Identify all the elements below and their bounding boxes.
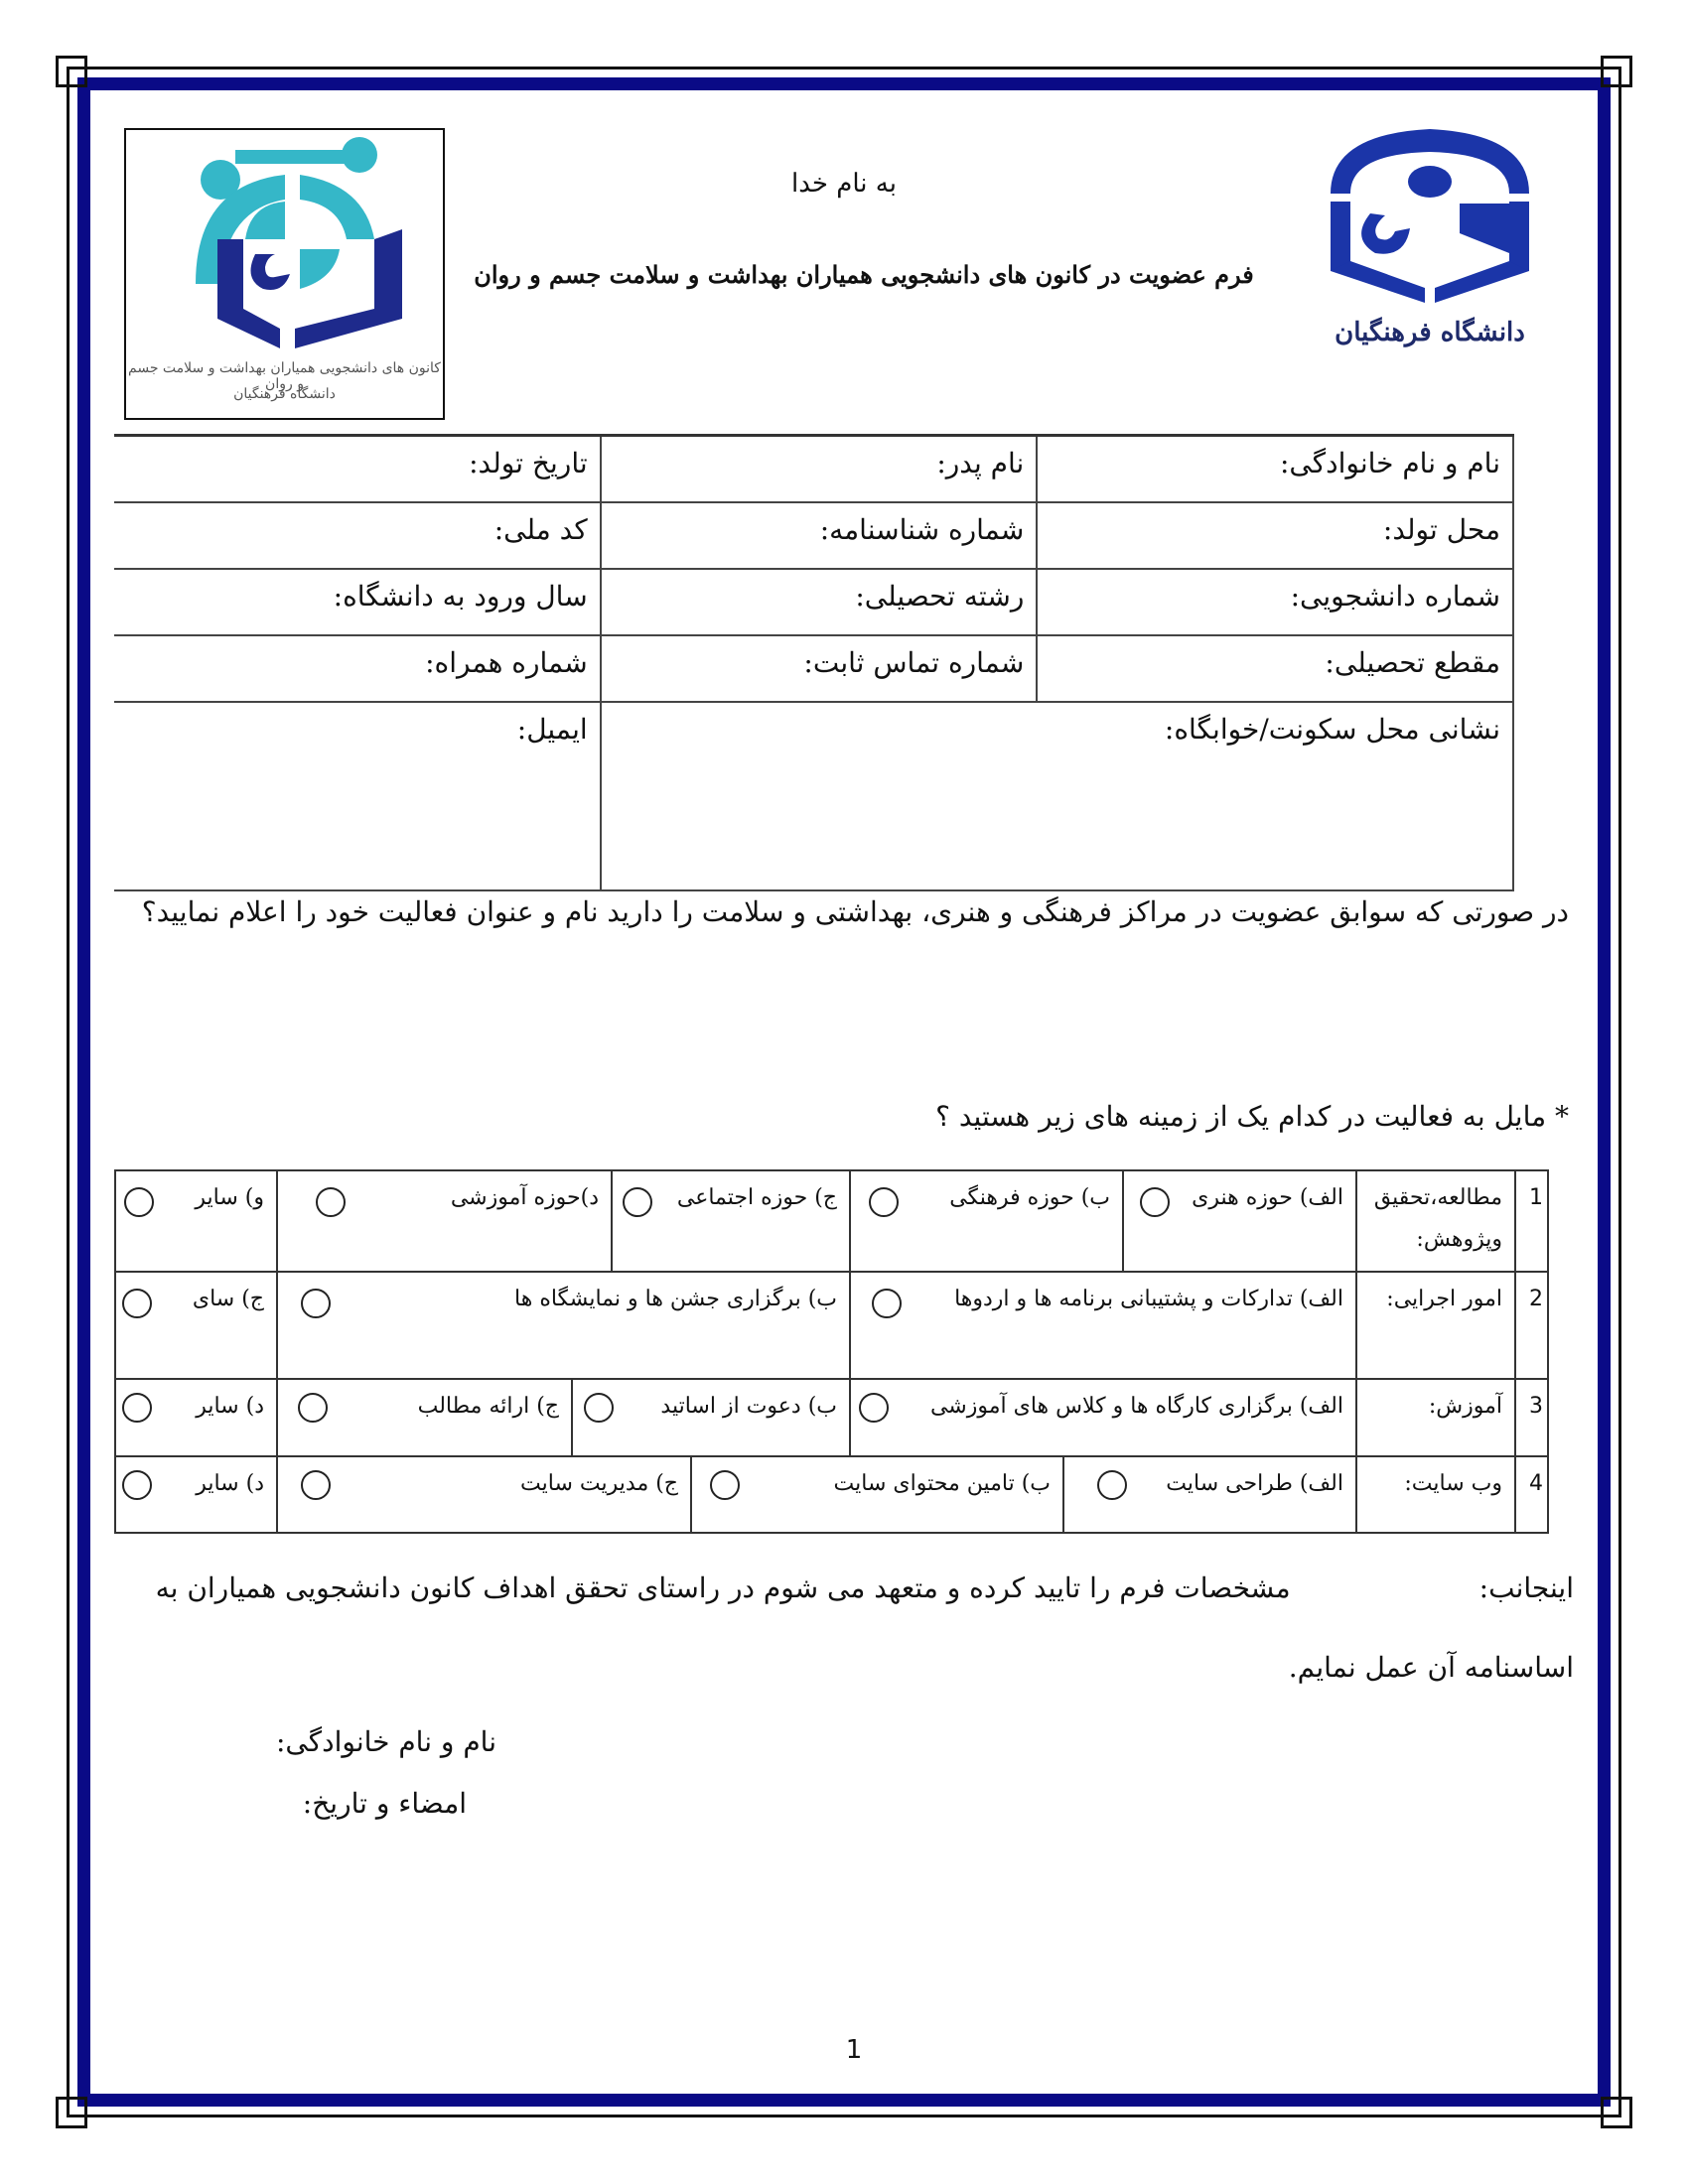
activity-interest-question: * مایل به فعالیت در کدام یک از زمینه های…: [596, 1100, 1569, 1133]
activity-category: آموزش:: [1355, 1378, 1516, 1457]
bismillah-heading: به نام خدا: [695, 169, 993, 199]
national-code-field[interactable]: کد ملی:: [114, 502, 601, 569]
option-social[interactable]: ج) حوزه اجتماعی: [611, 1169, 851, 1273]
option-workshops[interactable]: الف) برگزاری کارگاه ها و کلاس های آموزشی: [849, 1378, 1357, 1457]
option-label: ج) ارائه مطالب: [418, 1394, 559, 1419]
row-number: 4: [1514, 1455, 1549, 1534]
option-label: الف) حوزه هنری: [1192, 1185, 1343, 1210]
full-name-field[interactable]: نام و نام خانوادگی:: [1037, 436, 1513, 503]
university-logo: دانشگاه فرهنگیان: [1311, 124, 1549, 362]
table-row: محل تولد: شماره شناسنامه: کد ملی:: [114, 502, 1513, 569]
option-label: ج) مدیریت سایت: [520, 1471, 678, 1496]
table-row: نام و نام خانوادگی: نام پدر: تاریخ تولد:: [114, 436, 1513, 503]
radio-button[interactable]: [869, 1187, 899, 1217]
activity-interest-table: 1 مطالعه،تحقیق وپژوهش: الف) حوزه هنری ب)…: [114, 1169, 1549, 1534]
option-label: الف) طراحی سایت: [1166, 1471, 1343, 1496]
id-number-field[interactable]: شماره شناسنامه:: [601, 502, 1038, 569]
option-education[interactable]: د)حوزه آموزشی: [276, 1169, 613, 1273]
address-field[interactable]: نشانی محل سکونت/خوابگاه:: [601, 702, 1513, 890]
option-label: الف) تدارکات و پشتیبانی برنامه ها و اردو…: [954, 1287, 1343, 1311]
activity-category: وب سایت:: [1355, 1455, 1516, 1534]
activity-category: امور اجرایی:: [1355, 1271, 1516, 1380]
radio-button[interactable]: [301, 1470, 331, 1500]
radio-button[interactable]: [122, 1289, 152, 1318]
field-of-study-field[interactable]: رشته تحصیلی:: [601, 569, 1038, 635]
father-name-field[interactable]: نام پدر:: [601, 436, 1038, 503]
radio-button[interactable]: [1097, 1470, 1127, 1500]
entry-year-field[interactable]: سال ورود به دانشگاه:: [114, 569, 601, 635]
option-label: د)حوزه آموزشی: [451, 1185, 599, 1210]
radio-button[interactable]: [623, 1187, 652, 1217]
declaration-line1: مشخصات فرم را تایید کرده و متعهد می شوم …: [156, 1571, 1291, 1604]
club-emblem-icon: [126, 130, 443, 358]
row-number: 3: [1514, 1378, 1549, 1457]
university-logo-caption: دانشگاه فرهنگیان: [1311, 318, 1549, 347]
activity-category: مطالعه،تحقیق وپژوهش:: [1355, 1169, 1516, 1273]
declaration-paragraph: اینجانب:مشخصات فرم را تایید کرده و متعهد…: [129, 1549, 1574, 1707]
option-label: الف) برگزاری کارگاه ها و کلاس های آموزشی: [930, 1394, 1343, 1419]
frame-corner-ornament: [56, 2097, 87, 2128]
mobile-field[interactable]: شماره همراه:: [114, 635, 601, 702]
page-number: 1: [834, 2035, 874, 2065]
declaration-prefix: اینجانب:: [1479, 1571, 1574, 1604]
email-field[interactable]: ایمیل:: [114, 702, 601, 890]
radio-button[interactable]: [301, 1289, 331, 1318]
row-number: 1: [1514, 1169, 1549, 1273]
option-art[interactable]: الف) حوزه هنری: [1122, 1169, 1357, 1273]
option-label: د) سایر: [196, 1394, 264, 1419]
option-label: ب) تامین محتوای سایت: [834, 1471, 1051, 1496]
option-label: ج) سای: [193, 1287, 264, 1311]
option-label: ب) دعوت از اساتید: [660, 1394, 837, 1419]
option-site-management[interactable]: ج) مدیریت سایت: [276, 1455, 692, 1534]
option-other[interactable]: و) سایر: [114, 1169, 278, 1273]
row-number: 2: [1514, 1271, 1549, 1380]
option-label: ب) حوزه فرهنگی: [949, 1185, 1110, 1210]
option-site-content[interactable]: ب) تامین محتوای سایت: [690, 1455, 1064, 1534]
option-logistics[interactable]: الف) تدارکات و پشتیبانی برنامه ها و اردو…: [849, 1271, 1357, 1380]
table-row: نشانی محل سکونت/خوابگاه: ایمیل:: [114, 702, 1513, 890]
radio-button[interactable]: [298, 1393, 328, 1423]
signature-name-label: نام و نام خانوادگی:: [268, 1725, 496, 1758]
landline-field[interactable]: شماره تماس ثابت:: [601, 635, 1038, 702]
declaration-line2: اساسنامه آن عمل نمایم.: [1289, 1651, 1574, 1684]
option-invite-professors[interactable]: ب) دعوت از اساتید: [571, 1378, 851, 1457]
birth-place-field[interactable]: محل تولد:: [1037, 502, 1513, 569]
table-row: شماره دانشجویی: رشته تحصیلی: سال ورود به…: [114, 569, 1513, 635]
radio-button[interactable]: [710, 1470, 740, 1500]
radio-button[interactable]: [859, 1393, 889, 1423]
frame-corner-ornament: [1601, 56, 1632, 87]
option-events[interactable]: ب) برگزاری جشن ها و نمایشگاه ها: [276, 1271, 851, 1380]
option-label: و) سایر: [195, 1185, 264, 1210]
radio-button[interactable]: [124, 1187, 154, 1217]
radio-button[interactable]: [1140, 1187, 1170, 1217]
club-logo: کانون های دانشجویی همیاران بهداشت و سلام…: [124, 128, 445, 420]
radio-button[interactable]: [122, 1393, 152, 1423]
form-title: فرم عضویت در کانون های دانشجویی همیاران …: [467, 260, 1261, 289]
signature-date-label: امضاء و تاریخ:: [268, 1787, 467, 1820]
radio-button[interactable]: [872, 1289, 902, 1318]
radio-button[interactable]: [584, 1393, 614, 1423]
birth-date-field[interactable]: تاریخ تولد:: [114, 436, 601, 503]
table-row: مقطع تحصیلی: شماره تماس ثابت: شماره همرا…: [114, 635, 1513, 702]
option-other[interactable]: ج) سای: [114, 1271, 278, 1380]
membership-history-prompt: در صورتی که سوابق عضویت در مراکز فرهنگی …: [139, 895, 1569, 928]
frame-corner-ornament: [1601, 2097, 1632, 2128]
option-label: د) سایر: [196, 1471, 264, 1496]
option-label: ج) حوزه اجتماعی: [677, 1185, 837, 1210]
university-emblem-icon: [1311, 124, 1549, 323]
option-culture[interactable]: ب) حوزه فرهنگی: [849, 1169, 1124, 1273]
option-label: ب) برگزاری جشن ها و نمایشگاه ها: [514, 1287, 837, 1311]
frame-corner-ornament: [56, 56, 87, 87]
degree-level-field[interactable]: مقطع تحصیلی:: [1037, 635, 1513, 702]
student-number-field[interactable]: شماره دانشجویی:: [1037, 569, 1513, 635]
radio-button[interactable]: [122, 1470, 152, 1500]
radio-button[interactable]: [316, 1187, 346, 1217]
club-logo-university: دانشگاه فرهنگیان: [126, 386, 443, 402]
personal-info-table: نام و نام خانوادگی: نام پدر: تاریخ تولد:…: [114, 434, 1514, 891]
